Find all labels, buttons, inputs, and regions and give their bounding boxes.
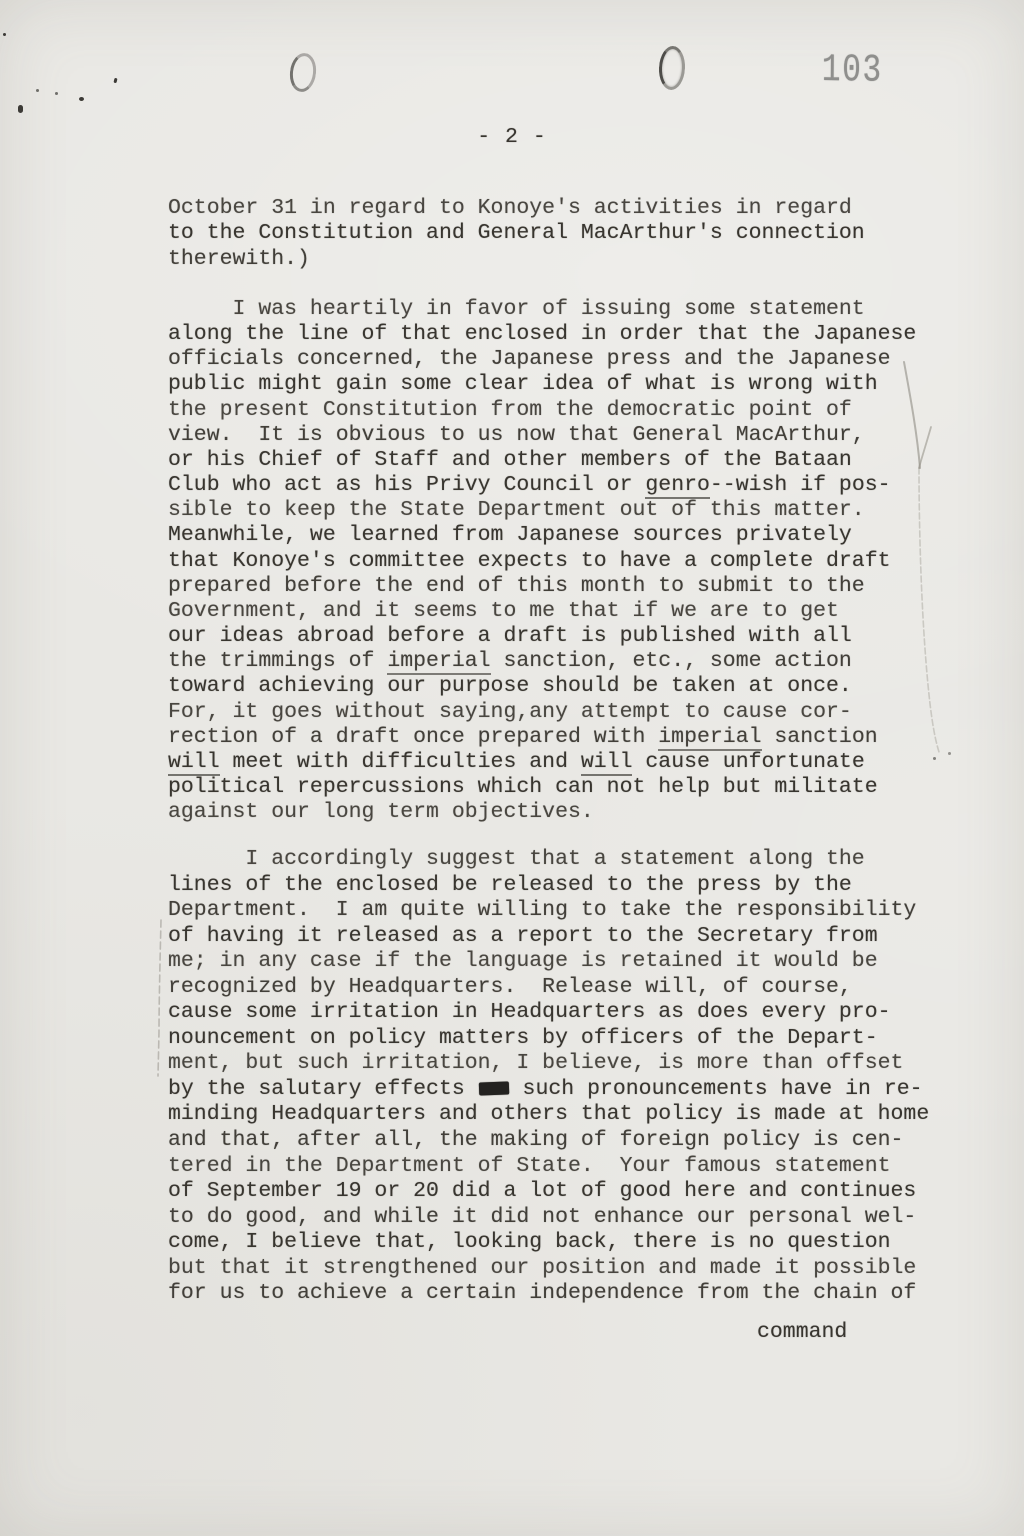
- text-line: October 31 in regard to Konoye's activit…: [168, 196, 865, 221]
- text-line: come, I believe that, looking back, ther…: [168, 1230, 929, 1256]
- left-margin-pencil-line: [158, 920, 161, 1076]
- underlined-word: imperial: [387, 649, 490, 675]
- text-line: for us to achieve a certain independence…: [168, 1281, 929, 1307]
- text-line: cause some irritation in Headquarters as…: [168, 1000, 929, 1026]
- text-line: of September 19 or 20 did a lot of good …: [168, 1179, 929, 1205]
- paragraph-3: I accordingly suggest that a statement a…: [168, 847, 929, 1307]
- text-line: of having it released as a report to the…: [168, 924, 929, 950]
- ink-speck: [36, 89, 39, 92]
- text-line: by the salutary effects such pronounceme…: [168, 1077, 929, 1103]
- binder-hole-mark-left: [288, 52, 319, 94]
- text-line: I accordingly suggest that a statement a…: [168, 847, 929, 873]
- ink-speck: [933, 757, 936, 760]
- text-line: but that it strengthened our position an…: [168, 1256, 929, 1282]
- text-line: minding Headquarters and others that pol…: [168, 1102, 929, 1128]
- text-line: ment, but such irritation, I believe, is…: [168, 1051, 929, 1077]
- text-line: along the line of that enclosed in order…: [168, 322, 916, 347]
- text-line: to do good, and while it did not enhance…: [168, 1205, 929, 1231]
- text-line: sible to keep the State Department out o…: [168, 498, 916, 523]
- text-line: tered in the Department of State. Your f…: [168, 1154, 929, 1180]
- underlined-word: will: [581, 750, 633, 776]
- text-line: nouncement on policy matters by officers…: [168, 1026, 929, 1052]
- text-line: Department. I am quite willing to take t…: [168, 898, 929, 924]
- text-line: toward achieving our purpose should be t…: [168, 674, 916, 699]
- page-number: - 2 -: [0, 125, 1024, 149]
- text-line: will meet with difficulties and will cau…: [168, 750, 916, 775]
- ink-speck: [113, 78, 117, 84]
- catchword: command: [757, 1320, 847, 1344]
- blacked-out-word: [478, 1081, 508, 1095]
- text-line: our ideas abroad before a draft is publi…: [168, 624, 916, 649]
- page-stamp-number: 103: [822, 48, 883, 93]
- text-line: the present Constitution from the democr…: [168, 398, 916, 423]
- ink-speck: [55, 92, 58, 95]
- text-line: political repercussions which can not he…: [168, 775, 916, 800]
- text-line: I was heartily in favor of issuing some …: [168, 297, 916, 322]
- text-line: officials concerned, the Japanese press …: [168, 347, 916, 372]
- text-line: public might gain some clear idea of wha…: [168, 372, 916, 397]
- ink-speck: [3, 33, 6, 36]
- paragraph-2: I was heartily in favor of issuing some …: [168, 297, 916, 825]
- ink-speck: [948, 752, 951, 755]
- text-line: Government, and it seems to me that if w…: [168, 599, 916, 624]
- text-line: Club who act as his Privy Council or gen…: [168, 473, 916, 498]
- text-line: me; in any case if the language is retai…: [168, 949, 929, 975]
- text-line: against our long term objectives.: [168, 800, 916, 825]
- text-line: view. It is obvious to us now that Gener…: [168, 423, 916, 448]
- binder-hole-mark-right: [658, 45, 686, 90]
- text-line: For, it goes without saying,any attempt …: [168, 700, 916, 725]
- paragraph-1: October 31 in regard to Konoye's activit…: [168, 196, 865, 272]
- text-line: that Konoye's committee expects to have …: [168, 549, 916, 574]
- text-line: rection of a draft once prepared with im…: [168, 725, 916, 750]
- text-line: the trimmings of imperial sanction, etc.…: [168, 649, 916, 674]
- right-margin-pencil-line: [919, 427, 931, 468]
- text-line: prepared before the end of this month to…: [168, 574, 916, 599]
- text-line: lines of the enclosed be released to the…: [168, 873, 929, 899]
- scanned-page: 103 - 2 - October 31 in regard to Konoye…: [0, 0, 1024, 1536]
- text-line: recognized by Headquarters. Release will…: [168, 975, 929, 1001]
- text-line: to the Constitution and General MacArthu…: [168, 221, 865, 246]
- underlined-word: genro: [645, 473, 710, 499]
- text-line: therewith.): [168, 247, 865, 272]
- underlined-word: imperial: [658, 725, 761, 751]
- text-line: Meanwhile, we learned from Japanese sour…: [168, 523, 916, 548]
- right-margin-pencil-line: [919, 468, 939, 752]
- underlined-word: will: [168, 750, 220, 776]
- ink-speck: [18, 105, 23, 113]
- text-line: and that, after all, the making of forei…: [168, 1128, 929, 1154]
- text-line: or his Chief of Staff and other members …: [168, 448, 916, 473]
- ink-speck: [79, 97, 84, 101]
